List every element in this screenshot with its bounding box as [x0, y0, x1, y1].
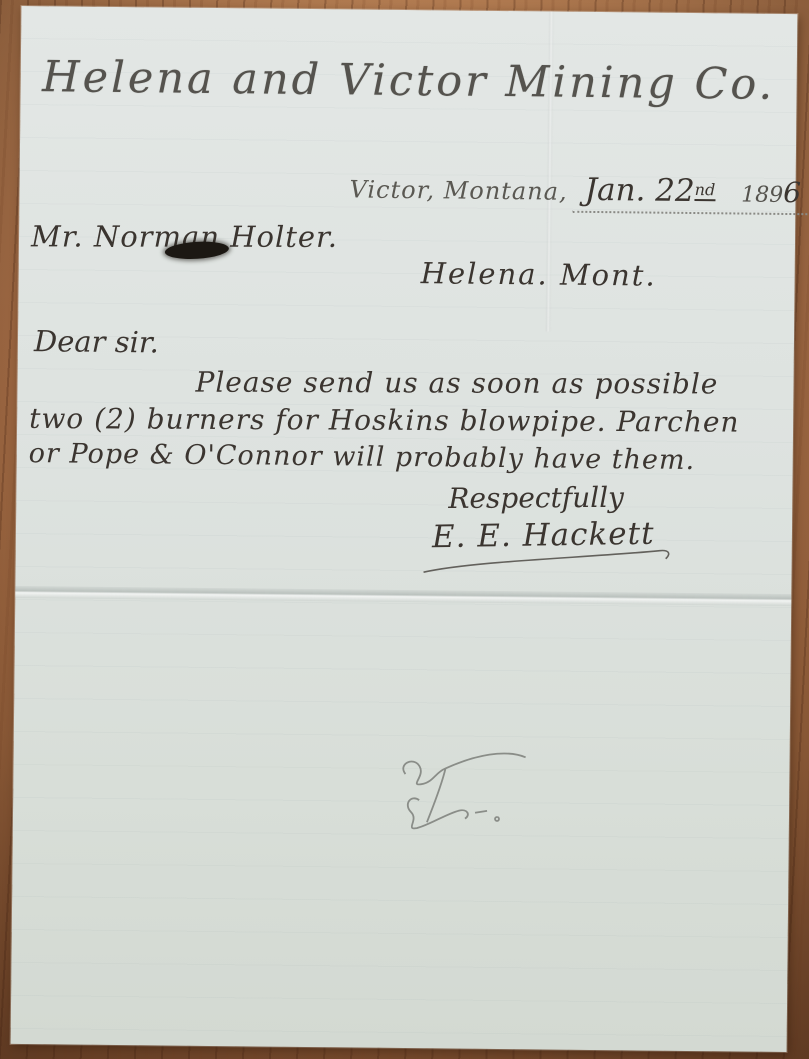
letter-paper: Helena and Victor Mining Co. Victor, Mon… — [11, 6, 798, 1052]
dateline-year-prefix: 189 — [741, 183, 783, 208]
body-line-1: Please send us as soon as possible — [195, 366, 718, 401]
dateline-date: Jan. 22 — [585, 172, 695, 209]
dateline-date-ordinal: nd — [695, 180, 716, 201]
salutation-line: Dear sir. — [34, 324, 159, 359]
signature-flourish — [415, 530, 676, 593]
dateline-written-part: Jan. 22nd1896 — [572, 172, 809, 215]
paper-ruling-lines — [11, 6, 798, 1052]
dateline: Victor, Montana, Jan. 22nd1896 — [349, 169, 809, 215]
dateline-year-digit: 6 — [783, 176, 801, 209]
body-line-2: two (2) burners for Hoskins blowpipe. Pa… — [29, 402, 740, 439]
recipient-city-line: Helena. Mont. — [421, 256, 657, 292]
closing-line: Respectfully — [448, 481, 624, 515]
dateline-place: Victor, Montana, — [349, 175, 567, 205]
body-line-3: or Pope & O'Connor will probably have th… — [29, 438, 696, 476]
pencil-notation — [375, 734, 546, 846]
letterhead-company-name: Helena and Victor Mining Co. — [20, 52, 796, 110]
